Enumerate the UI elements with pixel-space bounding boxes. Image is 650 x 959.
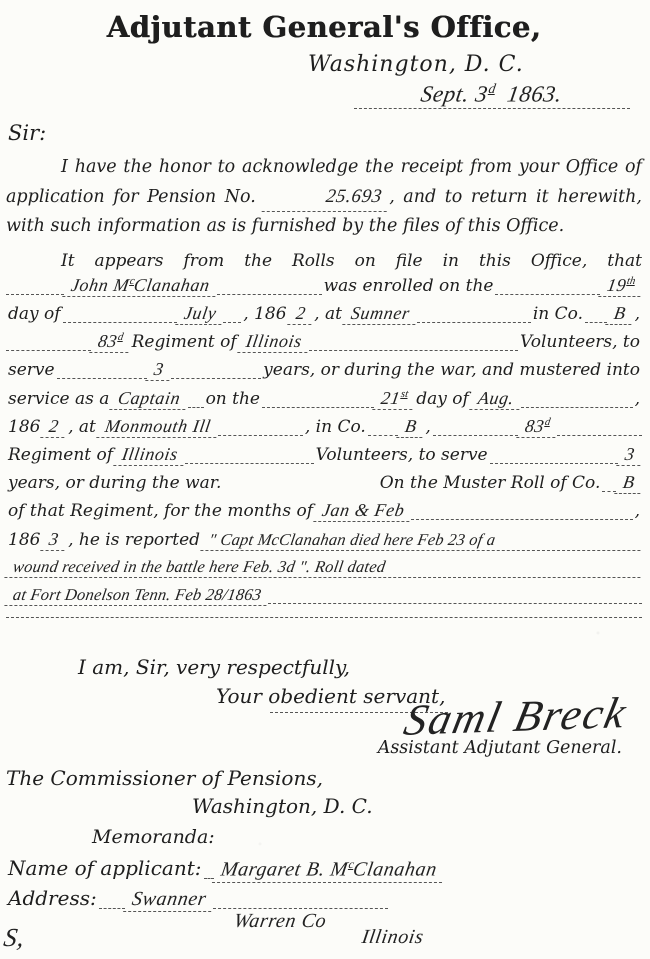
dotted-leader <box>185 463 314 464</box>
form-text: , in Co. <box>303 417 368 437</box>
muster-regiment: 83d <box>516 416 558 438</box>
addressee-line-2: Washington, D. C. <box>192 794 642 818</box>
office-title: Adjutant General's Office, <box>6 10 642 44</box>
dotted-leader <box>6 294 64 295</box>
address-label: Address: <box>6 886 99 910</box>
date-ordinal: d <box>488 81 497 96</box>
dotted-leader <box>6 617 642 618</box>
soldier-name-text: John M <box>70 275 131 295</box>
memoranda-label: Memoranda: <box>92 826 642 848</box>
form-text: day of <box>6 304 63 324</box>
form-text: service as a <box>6 389 111 409</box>
form-line-6: service as a Captain on the 21st day of … <box>6 388 642 416</box>
rank: Captain <box>110 388 190 410</box>
form-text: , <box>633 304 642 324</box>
form-text: day of <box>414 389 471 409</box>
form-text: Volunteers, to <box>518 332 642 352</box>
roll-months: Jan & Feb <box>313 500 413 522</box>
form-line-9: years, or during the war. On the Muster … <box>6 472 642 500</box>
soldier-name-text2: Clanahan <box>132 275 211 295</box>
dotted-leader <box>521 407 633 408</box>
dotted-leader <box>218 435 303 436</box>
letter-document: Adjutant General's Office, Washington, D… <box>0 0 650 959</box>
closing-line-1: I am, Sir, very respectfully, <box>78 655 642 679</box>
report-quote-line1: " Capt McClanahan died here Feb 23 of a <box>200 530 643 551</box>
signature: Saml Breck <box>400 687 633 746</box>
form-text: , <box>633 501 642 521</box>
applicant-name-value: Margaret B. McClanahan <box>211 857 445 883</box>
form-text: years, or during the war, and mustered i… <box>261 360 642 380</box>
form-text: years, or during the war. <box>6 473 223 493</box>
address-state-line: Illinois <box>362 924 642 949</box>
enroll-year-digit: 2 <box>287 303 314 325</box>
regiment-state: Illinois <box>237 331 310 353</box>
address-county: Warren Co <box>232 910 328 933</box>
muster-regiment-sup: d <box>544 416 551 428</box>
muster-years: 3 <box>617 444 644 466</box>
form-text: , he is reported <box>66 530 202 550</box>
applicant-line: Name of applicant: Margaret B. McClanaha… <box>6 856 642 882</box>
dotted-leader <box>490 463 619 464</box>
form-text: Volunteers, to serve <box>314 445 490 465</box>
muster-regiment-num: 83 <box>524 416 546 436</box>
form-line-10: of that Regiment, for the months of Jan … <box>6 500 642 528</box>
form-line-3: day of July , 186 2 , at Sumner in Co. B… <box>6 303 642 331</box>
dotted-leader <box>417 322 531 323</box>
muster-state: Illinois <box>113 444 186 466</box>
form-line-13: at Fort Donelson Tenn. Feb 28/1863 <box>6 585 642 613</box>
enroll-month: July <box>175 303 225 325</box>
form-text: Regiment of <box>6 445 115 465</box>
form-line-12: wound received in the battle here Feb. 3… <box>6 557 642 585</box>
form-text: Regiment of <box>130 332 239 352</box>
report-quote-line3: at Fort Donelson Tenn. Feb 28/1863 <box>4 585 270 606</box>
address-value: Swanner <box>123 888 215 912</box>
muster-day-sup: st <box>400 388 409 400</box>
regiment-num: 83 <box>97 331 119 351</box>
enroll-day-num: 19 <box>606 275 628 295</box>
applicant-name-text: Margaret B. M <box>219 858 349 880</box>
form-line-2: John McClanahan was enrolled on the 19th <box>6 275 642 303</box>
dotted-leader <box>6 350 91 351</box>
form-text: in Co. <box>531 304 585 324</box>
addressee-line-1: The Commissioner of Pensions, <box>6 766 642 790</box>
form-text: , at <box>312 304 344 324</box>
form-line-4: 83d Regiment of Illinois Volunteers, to <box>6 331 642 359</box>
enroll-company: B <box>605 303 634 325</box>
dotted-leader <box>368 435 398 436</box>
form-text: , 186 <box>241 304 288 324</box>
dotted-leader <box>262 407 374 408</box>
muster-place: Monmouth Ill <box>96 416 219 438</box>
applicant-name-text2: Clanahan <box>351 858 438 880</box>
form-line-8: Regiment of Illinois Volunteers, to serv… <box>6 444 642 472</box>
form-line-5: serve 3 years, or during the war, and mu… <box>6 359 642 387</box>
receipt-paragraph: I have the honor to acknowledge the rece… <box>6 153 642 241</box>
closing-block: I am, Sir, very respectfully, Your obedi… <box>6 655 642 758</box>
salutation: Sir: <box>8 121 642 145</box>
service-years: 3 <box>145 359 172 381</box>
form-text: On the Muster Roll of Co. <box>378 473 603 493</box>
muster-year-digit: 2 <box>41 416 68 438</box>
dotted-leader <box>309 350 519 351</box>
regiment-number: 83d <box>89 331 131 353</box>
signer-title: Assistant Adjutant General. <box>6 738 642 758</box>
enrollment-paragraph: It appears from the Rolls on file in thi… <box>6 247 642 642</box>
date-value: Sept. 3d 1863. <box>419 81 564 108</box>
dotted-leader <box>495 294 600 295</box>
muster-day-num: 21 <box>379 388 401 408</box>
muster-day: 21st <box>372 388 416 410</box>
dotted-leader <box>99 908 125 909</box>
dotted-leader <box>557 435 642 436</box>
form-line-14 <box>6 613 642 641</box>
enroll-day-sup: th <box>626 275 636 287</box>
form-line-7: 186 2 , at Monmouth Ill , in Co. B , 83d <box>6 416 642 444</box>
form-text: serve <box>6 360 57 380</box>
dotted-leader <box>411 519 632 520</box>
form-text: of that Regiment, for the months of <box>6 501 315 521</box>
date-year: 1863. <box>506 82 565 107</box>
applicant-name-label: Name of applicant: <box>6 856 204 880</box>
roll-year-digit: 3 <box>41 529 68 551</box>
form-text: , <box>633 389 642 409</box>
footer-block: The Commissioner of Pensions, Washington… <box>6 766 642 949</box>
dotted-leader <box>188 407 204 408</box>
form-text: on the <box>204 389 262 409</box>
form-line-1: It appears from the Rolls on file in thi… <box>6 247 642 275</box>
enroll-place: Sumner <box>342 303 418 325</box>
dotted-leader <box>171 378 261 379</box>
form-line-11: 186 3 , he is reported " Capt McClanahan… <box>6 529 642 557</box>
date-line: Sept. 3d 1863. <box>354 81 630 109</box>
address-state: Illinois <box>360 926 425 949</box>
dotted-leader <box>57 378 147 379</box>
muster-company: B <box>396 416 425 438</box>
form-text: , at <box>66 417 98 437</box>
dotted-leader <box>433 435 518 436</box>
dotted-leader <box>268 603 642 604</box>
form-text: , <box>423 417 432 437</box>
dotted-leader <box>63 322 177 323</box>
report-quote-line2: wound received in the battle here Feb. 3… <box>4 557 643 578</box>
enroll-day: 19th <box>599 275 644 297</box>
soldier-name: John McClanahan <box>62 275 218 297</box>
dotted-leader <box>585 322 607 323</box>
form-text: 186 <box>6 417 42 437</box>
roll-company: B <box>615 472 644 494</box>
dotted-leader <box>223 322 241 323</box>
dotted-leader <box>217 294 322 295</box>
form-text: 186 <box>6 530 42 550</box>
city-line: Washington, D. C. <box>308 52 642 77</box>
pension-number: 25.693 <box>262 182 392 212</box>
form-text: was enrolled on the <box>322 276 496 296</box>
muster-month: Aug. <box>469 388 522 410</box>
date-text: Sept. 3 <box>419 82 490 107</box>
regiment-num-sup: d <box>117 331 124 343</box>
